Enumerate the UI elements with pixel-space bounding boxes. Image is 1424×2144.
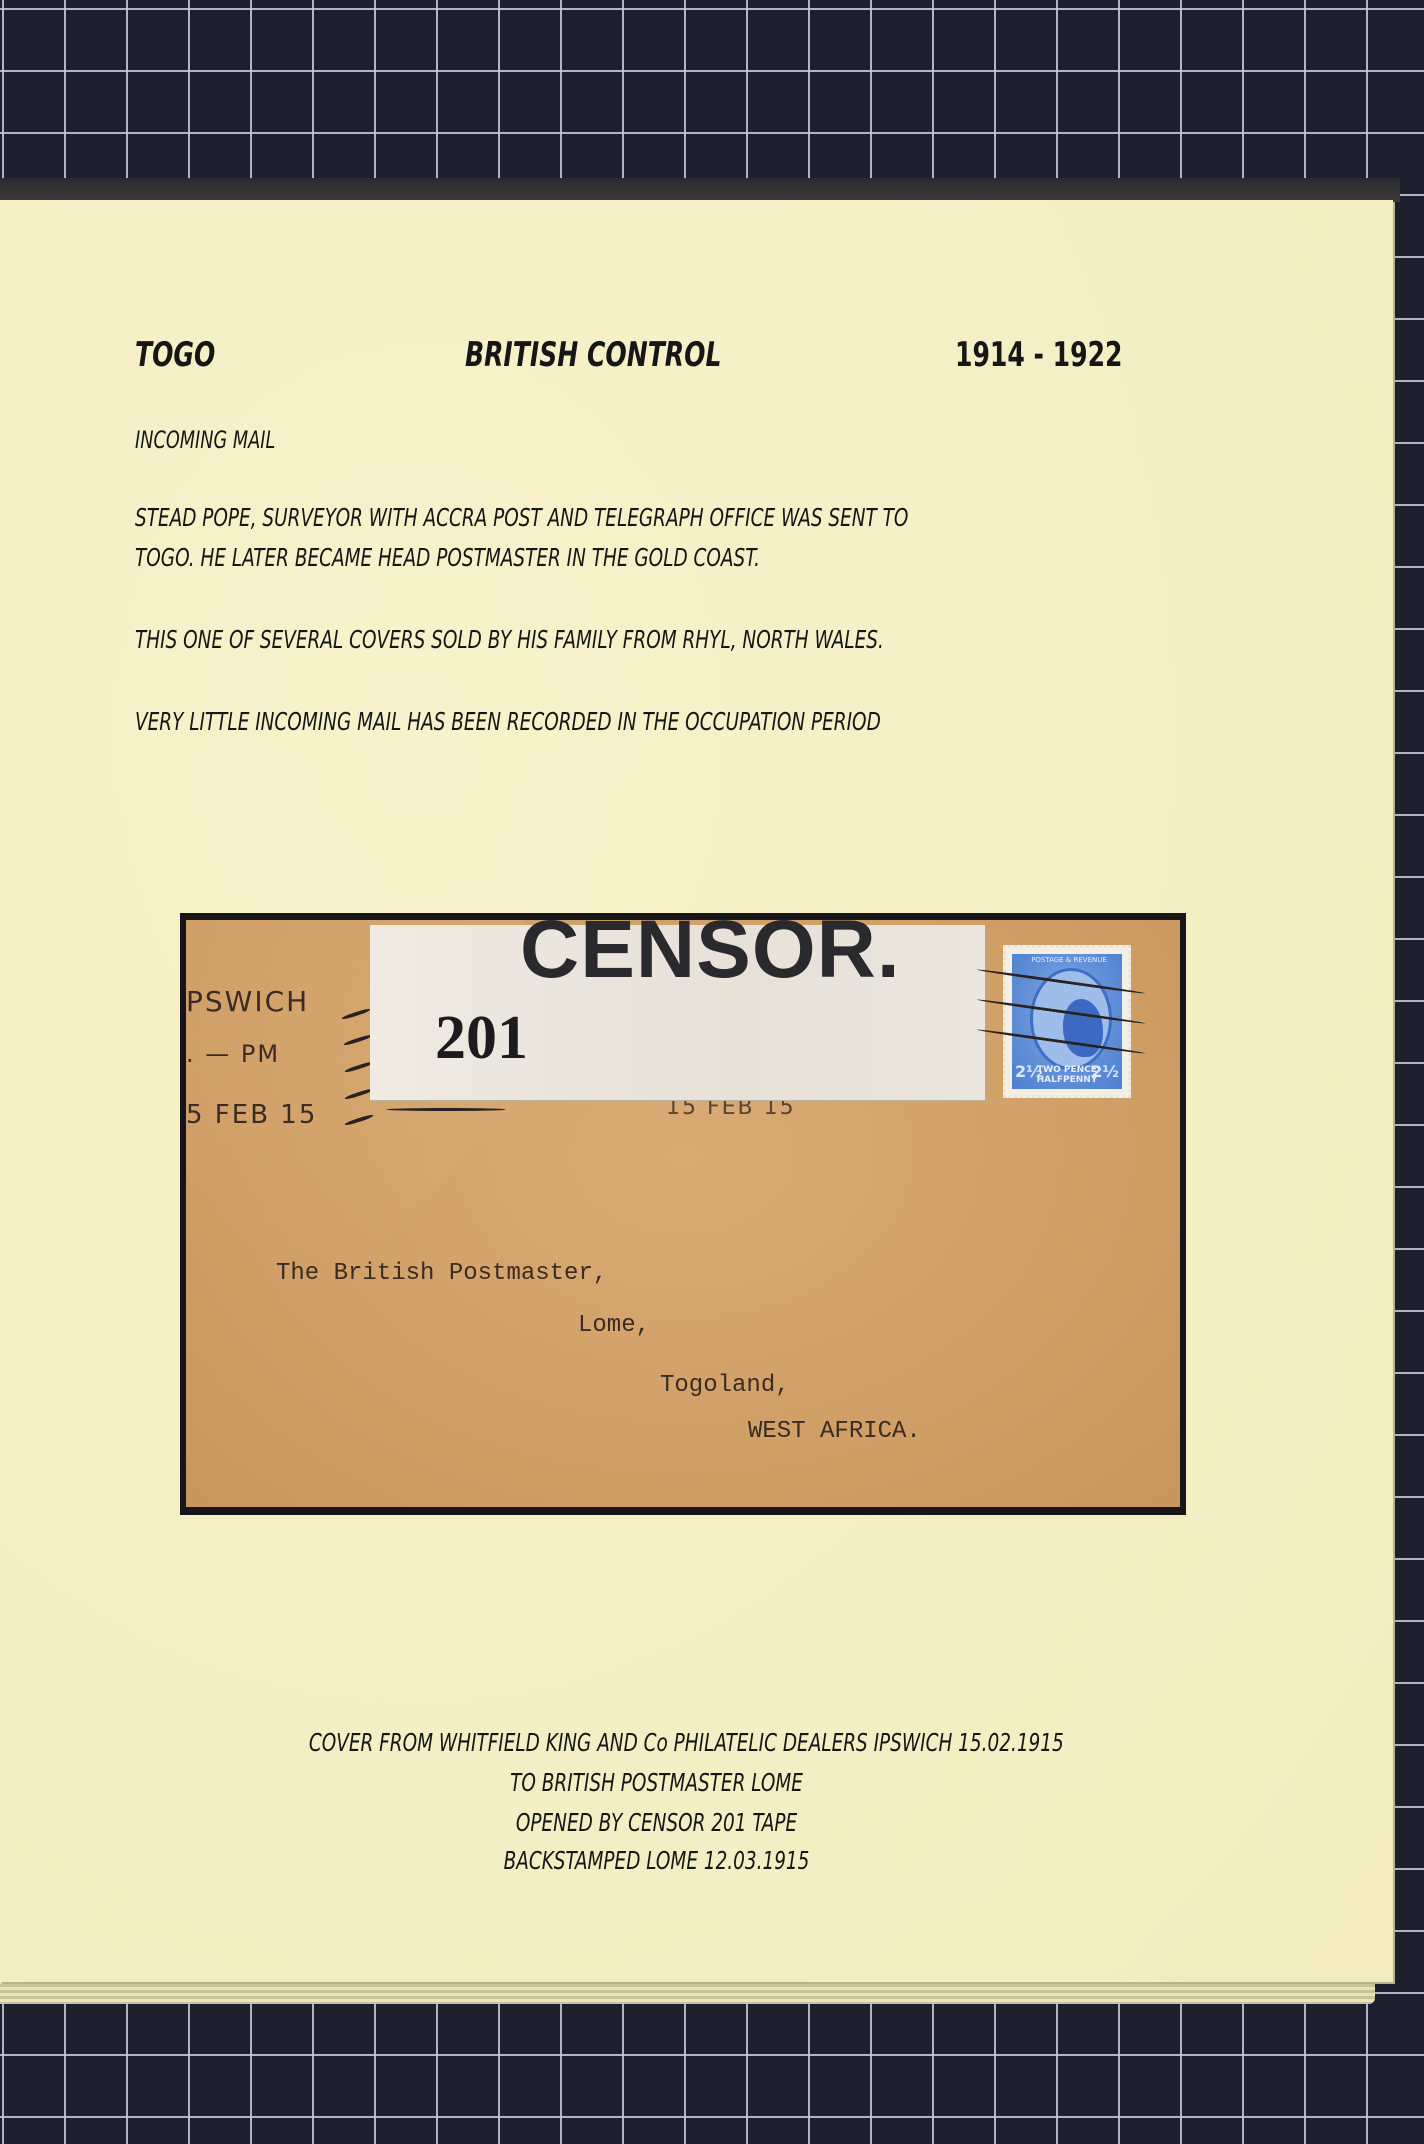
section-heading: INCOMING MAIL (135, 426, 275, 454)
caption-line: TO BRITISH POSTMASTER LOME (0, 1768, 1353, 1797)
postmark-date: 5 FEB 15 (186, 1100, 317, 1130)
caption-line: BACKSTAMPED LOME 12.03.1915 (0, 1846, 1353, 1875)
address-line-2: Lome, (578, 1312, 650, 1339)
stamp-design: POSTAGE & REVENUE 2½ 2½ TWO PENCE HALFPE… (1012, 954, 1122, 1089)
paragraph-line: THIS ONE OF SEVERAL COVERS SOLD BY HIS F… (135, 625, 884, 654)
censor-number: 201 (435, 1003, 528, 1074)
postmark-time: . — PM (186, 1040, 280, 1068)
caption-text: OPENED BY CENSOR 201 TAPE (516, 1808, 797, 1837)
postage-stamp: POSTAGE & REVENUE 2½ 2½ TWO PENCE HALFPE… (1003, 945, 1131, 1098)
paragraph-line: VERY LITTLE INCOMING MAIL HAS BEEN RECOR… (135, 707, 881, 736)
paragraph-line: STEAD POPE, SURVEYOR WITH ACCRA POST AND… (135, 503, 908, 532)
caption-line: OPENED BY CENSOR 201 TAPE (0, 1808, 1353, 1837)
caption-text: COVER FROM WHITFIELD KING AND Co PHILATE… (309, 1728, 1064, 1757)
postmark-town: PSWICH (186, 985, 309, 1018)
album-sleeve-edge (0, 178, 1400, 202)
king-portrait-icon (1063, 999, 1103, 1057)
cancel-wave (386, 1108, 506, 1111)
address-line-3: Togoland, (660, 1372, 790, 1399)
caption-text: TO BRITISH POSTMASTER LOME (510, 1768, 803, 1797)
caption-line: COVER FROM WHITFIELD KING AND Co PHILATE… (0, 1728, 1383, 1757)
stamp-bottom-text: TWO PENCE HALFPENNY (1012, 1065, 1122, 1085)
header-period: 1914 - 1922 (955, 335, 1122, 375)
address-line-4: WEST AFRICA. (748, 1418, 921, 1445)
paragraph-line: TOGO. HE LATER BECAME HEAD POSTMASTER IN… (135, 543, 760, 572)
album-page: TOGO BRITISH CONTROL 1914 - 1922 INCOMIN… (0, 200, 1393, 1982)
stamp-denomination-2: HALFPENNY (1012, 1075, 1122, 1085)
envelope-cover: PSWICH . — PM 5 FEB 15 15 FEB 15 CENSOR.… (186, 920, 1180, 1507)
censor-title: CENSOR. (520, 920, 901, 997)
censor-tape: CENSOR. 201 (370, 925, 985, 1100)
header-title: BRITISH CONTROL (465, 335, 721, 375)
caption-text: BACKSTAMPED LOME 12.03.1915 (504, 1846, 810, 1875)
stamp-top-text: POSTAGE & REVENUE (1014, 956, 1124, 964)
stamp-denomination-1: TWO PENCE (1012, 1065, 1122, 1075)
address-line-1: The British Postmaster, (276, 1260, 607, 1287)
header-country: TOGO (135, 335, 215, 375)
